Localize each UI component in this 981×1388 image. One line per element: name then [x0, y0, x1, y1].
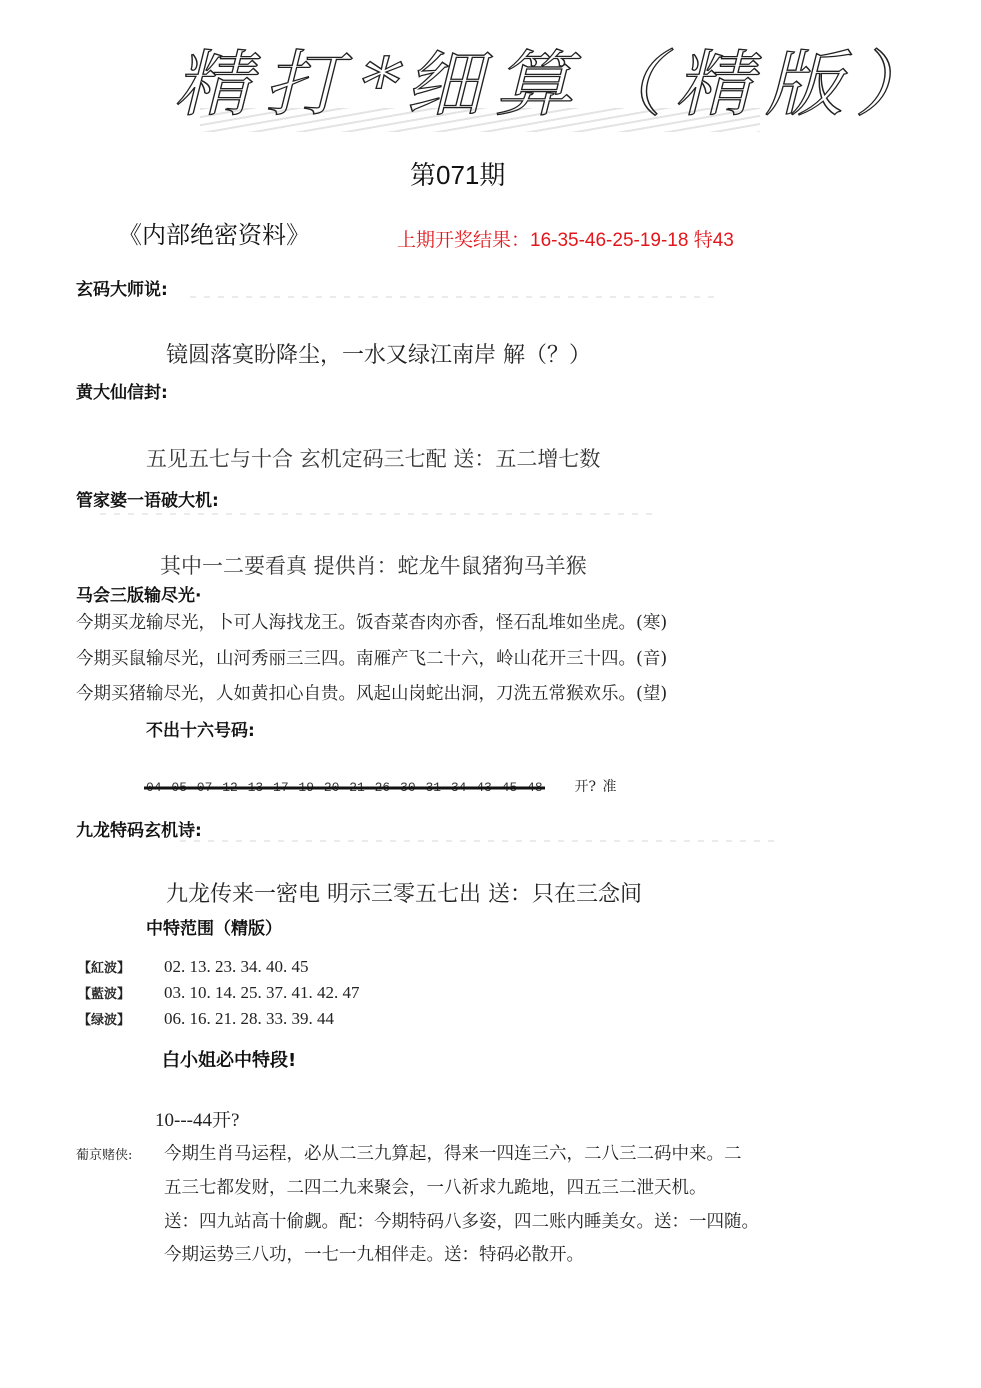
miss-bai-range: 10---44开? [155, 1105, 239, 1132]
secret-title: 《内部绝密资料》 [118, 215, 310, 250]
range-heading: 中特范围（精版） [146, 914, 282, 939]
miss-bai-heading: 白小姐必中特段! [162, 1046, 296, 1072]
wave-row-red: 【紅波】02. 13. 23. 34. 40. 45 [78, 957, 309, 977]
gambler-line-3: 送：四九站高十偷觑。配：今期特码八多姿，四二账内睡美女。送：一四随。 [164, 1208, 759, 1233]
loser-line-pig: 今期买猪输尽光，人如黄扣心自贵。风起山岗蛇出洞，刀洗五常猴欢乐。(望) [76, 680, 667, 705]
wave-tag-green: 【绿波】 [78, 1009, 164, 1028]
wave-tag-blue: 【藍波】 [78, 983, 164, 1002]
nine-dragons-verse: 九龙传来一密电 明示三零五七出 送：只在三念间 [166, 877, 642, 908]
gambler-line-2: 五三七都发财，二四二九来聚会，一八祈求九跪地，四五三二泄天机。 [164, 1174, 707, 1199]
wave-row-blue: 【藍波】03. 10. 14. 25. 37. 41. 42. 47 [78, 983, 360, 1003]
sixteen-excluded-heading: 不出十六号码: [146, 716, 255, 741]
housekeeper-heading: 管家婆一语破大机: [76, 486, 219, 511]
banner-title: 精打*细算（精版） [167, 34, 792, 135]
nine-dragons-heading: 九龙特码玄机诗: [76, 816, 202, 841]
faint-divider [100, 513, 660, 515]
master-heading: 玄码大师说: [76, 275, 168, 300]
excluded-numbers: 04 05 07 12 13 17 19 20 21 26 30 31 34 4… [146, 780, 543, 795]
wong-tai-sin-heading: 黄大仙信封: [76, 378, 168, 403]
loser-line-dragon: 今期买龙输尽光，卜可人海找龙王。饭杳菜杳肉亦香，怪石乱堆如坐虎。(寒) [76, 609, 667, 634]
wave-numbers-blue: 03. 10. 14. 25. 37. 41. 42. 47 [164, 983, 360, 1002]
wave-numbers-red: 02. 13. 23. 34. 40. 45 [164, 957, 309, 976]
faint-divider [180, 840, 780, 842]
excluded-numbers-row: 04 05 07 12 13 17 19 20 21 26 30 31 34 4… [146, 776, 616, 796]
loser-line-rat: 今期买鼠输尽光，山河秀丽三三四。南雁产飞二十六，岭山花开三十四。(音) [76, 645, 667, 670]
gambler-line-4: 今期运势三八功，一七一九相伴走。送：特码必散开。 [164, 1241, 584, 1266]
faint-divider [190, 296, 720, 298]
housekeeper-verse: 其中一二要看真 提供肖：蛇龙牛鼠猪狗马羊猴 [160, 550, 587, 580]
wave-numbers-green: 06. 16. 21. 28. 33. 39. 44 [164, 1009, 334, 1028]
excluded-note: 开? 准 [574, 779, 616, 795]
last-draw-result: 上期开奖结果：16-35-46-25-19-18 特43 [397, 225, 734, 252]
issue-number: 第071期 [410, 155, 505, 192]
master-verse: 镜圆落寞盼降尘，一水又绿江南岸 解（？） [166, 338, 591, 369]
wave-row-green: 【绿波】06. 16. 21. 28. 33. 39. 44 [78, 1009, 334, 1029]
wave-tag-red: 【紅波】 [78, 957, 164, 976]
title-banner: 精打*细算（精版） [180, 30, 780, 140]
three-losers-heading: 马会三版输尽光· [76, 581, 201, 606]
gambler-label: 葡京赌侠: [76, 1144, 132, 1163]
gambler-line-1: 今期生肖马运程，必从二三九算起，得来一四连三六，二八三二码中来。二 [164, 1140, 742, 1165]
wong-tai-sin-verse: 五见五七与十合 玄机定码三七配 送：五二增七数 [146, 443, 600, 473]
